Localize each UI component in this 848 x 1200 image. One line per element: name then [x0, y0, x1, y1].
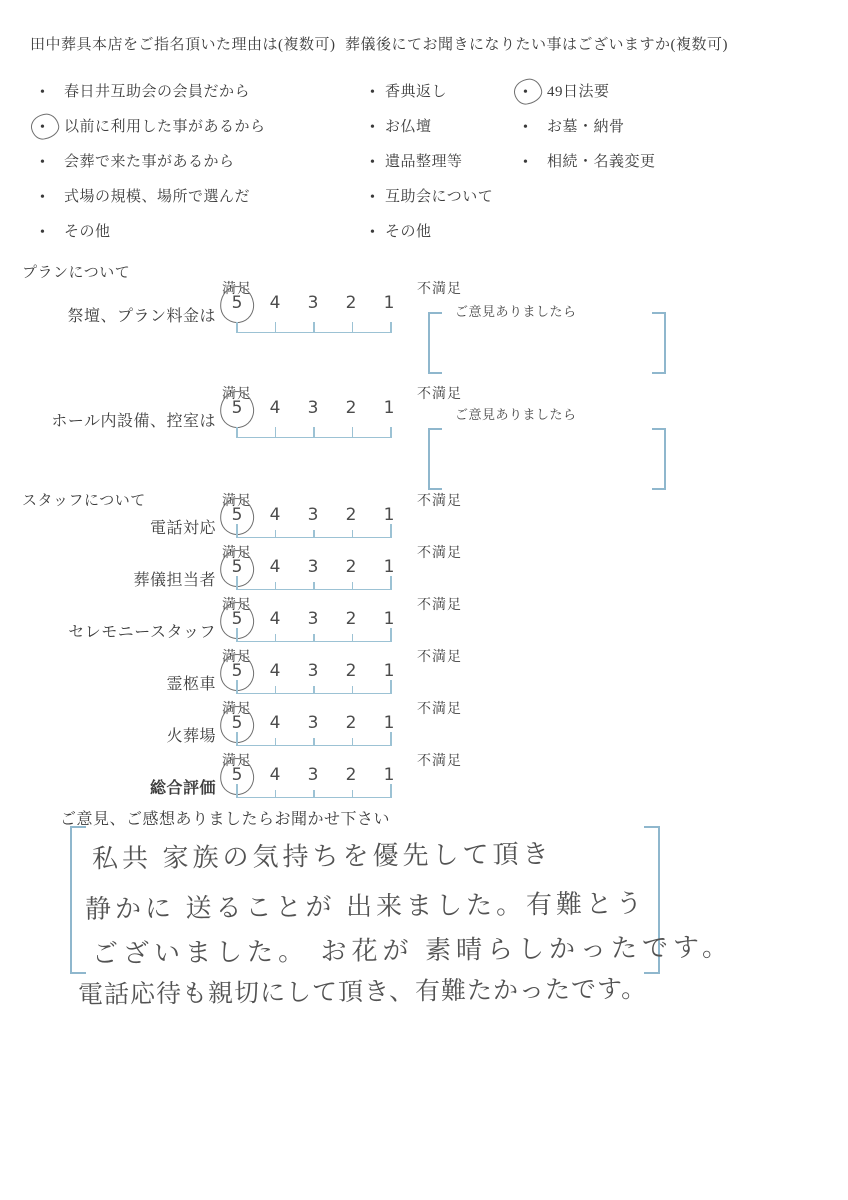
option-label: その他	[64, 223, 111, 241]
scale-ruler	[236, 679, 390, 694]
list-item: • その他	[40, 223, 350, 258]
rating-3: 3	[294, 661, 332, 681]
list-item: • 以前に利用した事があるから	[40, 118, 350, 153]
comment-bracket	[428, 312, 666, 374]
dissatisfied-label: 不満足	[417, 594, 462, 614]
list-item: • お仏壇	[370, 118, 530, 153]
scale-tick	[236, 322, 238, 333]
selected-rating-5: 5	[218, 557, 256, 577]
after-funeral-option-list-1: • 香典返し • お仏壇 • 遺品整理等 • 互助会について • その他	[370, 83, 530, 258]
scale-tick	[390, 628, 392, 642]
rating-1: 1	[370, 293, 408, 313]
option-label: 遺品整理等	[385, 153, 463, 171]
rating-4: 4	[256, 505, 294, 525]
comment-hint-label: ご意見ありましたら	[455, 404, 577, 423]
option-label: 香典返し	[385, 83, 447, 101]
scale-ruler	[236, 314, 390, 333]
bullet-icon: •	[370, 119, 375, 137]
scale-tick	[313, 686, 315, 694]
staff-section-title: スタッフについて	[22, 489, 146, 510]
after-funeral-option-list-2: • 49日法要 • お墓・納骨 • 相続・名義変更	[523, 83, 723, 188]
rating-2: 2	[332, 661, 370, 681]
scale-ruler	[236, 783, 390, 798]
option-label: お墓・納骨	[547, 118, 625, 136]
scale-tick	[352, 322, 354, 333]
rating-3: 3	[294, 765, 332, 785]
rating-scale: 54321	[218, 293, 408, 313]
dissatisfied-label: 不満足	[417, 646, 462, 666]
scale-tick	[275, 634, 277, 642]
option-label: 以前に利用した事があるから	[64, 118, 266, 136]
scale-ruler	[236, 731, 390, 746]
rating-scale: 54321	[218, 713, 408, 733]
scale-tick	[390, 680, 392, 694]
rating-2: 2	[332, 505, 370, 525]
list-item: • 式場の規模、場所で選んだ	[40, 188, 350, 223]
scale-tick	[275, 790, 277, 798]
scale-tick	[236, 427, 238, 438]
dissatisfied-label: 不満足	[417, 490, 462, 510]
option-label: 互助会について	[385, 188, 493, 206]
rating-1: 1	[370, 713, 408, 733]
scale-tick	[390, 427, 392, 438]
rating-row-label: 葬儀担当者	[133, 567, 216, 590]
scale-tick	[236, 680, 238, 694]
rating-2: 2	[332, 398, 370, 418]
list-item: • その他	[370, 223, 530, 258]
option-label: 式場の規模、場所で選んだ	[64, 188, 250, 206]
survey-scan-page: 田中葬具本店をご指名頂いた理由は(複数可) 葬儀後にてお聞きになりたい事はござい…	[0, 0, 848, 1200]
option-label: その他	[385, 223, 432, 241]
rating-3: 3	[294, 609, 332, 629]
rating-row-label: ホール内設備、控室は	[51, 408, 216, 431]
reasons-option-list: • 春日井互助会の会員だから • 以前に利用した事があるから • 会葬で来た事が…	[40, 83, 350, 258]
option-label: 春日井互助会の会員だから	[64, 83, 250, 101]
scale-tick	[390, 322, 392, 333]
rating-scale: 54321	[218, 398, 408, 418]
rating-1: 1	[370, 557, 408, 577]
list-item: • お墓・納骨	[523, 118, 723, 153]
rating-scale: 54321	[218, 765, 408, 785]
scale-tick	[390, 576, 392, 590]
handwritten-comment-line: 静かに 送ることが 出来ました。有難とう	[85, 883, 646, 926]
list-item: • 相続・名義変更	[523, 153, 723, 188]
dissatisfied-label: 不満足	[417, 750, 462, 770]
list-item: • 互助会について	[370, 188, 530, 223]
selected-rating-5: 5	[218, 293, 256, 313]
rating-1: 1	[370, 765, 408, 785]
rating-4: 4	[256, 765, 294, 785]
scale-tick	[275, 738, 277, 746]
rating-1: 1	[370, 609, 408, 629]
rating-row-label: 総合評価	[150, 775, 216, 798]
scale-ruler	[236, 419, 390, 438]
scale-tick	[236, 784, 238, 798]
scale-tick	[236, 576, 238, 590]
rating-4: 4	[256, 661, 294, 681]
list-item: • 会葬で来た事があるから	[40, 153, 350, 188]
scale-tick	[313, 790, 315, 798]
dissatisfied-label: 不満足	[417, 278, 462, 298]
dissatisfied-label: 不満足	[417, 698, 462, 718]
selected-rating-5: 5	[218, 398, 256, 418]
selected-rating-5: 5	[218, 609, 256, 629]
scale-ruler	[236, 627, 390, 642]
option-label: お仏壇	[385, 118, 432, 136]
rating-1: 1	[370, 505, 408, 525]
rating-1: 1	[370, 661, 408, 681]
scale-tick	[352, 634, 354, 642]
rating-1: 1	[370, 398, 408, 418]
scale-tick	[390, 524, 392, 538]
question-reasons-title: 田中葬具本店をご指名頂いた理由は(複数可)	[30, 33, 336, 54]
rating-4: 4	[256, 557, 294, 577]
rating-3: 3	[294, 505, 332, 525]
list-item: • 春日井互助会の会員だから	[40, 83, 350, 118]
bullet-icon: •	[370, 189, 375, 207]
scale-tick	[390, 784, 392, 798]
question-after-funeral-title: 葬儀後にてお聞きになりたい事はございますか(複数可)	[345, 33, 728, 54]
rating-2: 2	[332, 609, 370, 629]
scale-tick	[313, 738, 315, 746]
scale-tick	[236, 524, 238, 538]
circled-bullet-icon: •	[40, 119, 45, 137]
scale-tick	[352, 582, 354, 590]
scale-tick	[313, 530, 315, 538]
list-item: • 49日法要	[523, 83, 723, 118]
bullet-icon: •	[40, 84, 45, 102]
scale-tick	[275, 582, 277, 590]
scale-tick	[352, 530, 354, 538]
scale-tick	[236, 732, 238, 746]
scale-tick	[313, 427, 315, 438]
scale-tick	[275, 322, 277, 333]
bullet-icon: •	[370, 154, 375, 172]
scale-tick	[390, 732, 392, 746]
scale-tick	[275, 686, 277, 694]
scale-tick	[275, 427, 277, 438]
rating-scale: 54321	[218, 505, 408, 525]
circled-bullet-icon: •	[523, 84, 528, 102]
selected-rating-5: 5	[218, 661, 256, 681]
rating-2: 2	[332, 557, 370, 577]
handwritten-comment-line: ございました。 お花が 素晴らしかったです。	[92, 927, 733, 971]
rating-4: 4	[256, 609, 294, 629]
dissatisfied-label: 不満足	[417, 383, 462, 403]
rating-3: 3	[294, 398, 332, 418]
rating-2: 2	[332, 713, 370, 733]
list-item: • 遺品整理等	[370, 153, 530, 188]
bullet-icon: •	[40, 224, 45, 242]
plan-section-title: プランについて	[22, 261, 130, 282]
scale-tick	[236, 628, 238, 642]
rating-scale: 54321	[218, 661, 408, 681]
rating-scale: 54321	[218, 557, 408, 577]
rating-3: 3	[294, 713, 332, 733]
bullet-icon: •	[523, 154, 528, 172]
handwritten-comment-line: 電話応待も親切にして頂き、有難たかったです。	[78, 969, 647, 1011]
rating-3: 3	[294, 557, 332, 577]
rating-scale: 54321	[218, 609, 408, 629]
scale-ruler	[236, 523, 390, 538]
rating-row-label: セレモニースタッフ	[68, 619, 216, 642]
rating-row-label: 霊柩車	[166, 671, 216, 694]
scale-tick	[352, 738, 354, 746]
list-item: • 香典返し	[370, 83, 530, 118]
scale-tick	[352, 427, 354, 438]
scale-tick	[313, 634, 315, 642]
scale-tick	[352, 686, 354, 694]
rating-4: 4	[256, 398, 294, 418]
rating-row-label: 電話対応	[150, 515, 216, 538]
option-label: 相続・名義変更	[547, 153, 656, 171]
rating-2: 2	[332, 765, 370, 785]
scale-tick	[313, 582, 315, 590]
rating-4: 4	[256, 293, 294, 313]
bullet-icon: •	[40, 189, 45, 207]
bullet-icon: •	[370, 224, 375, 242]
rating-2: 2	[332, 293, 370, 313]
selected-rating-5: 5	[218, 505, 256, 525]
option-label: 会葬で来た事があるから	[64, 153, 235, 171]
option-label: 49日法要	[547, 83, 610, 101]
dissatisfied-label: 不満足	[417, 542, 462, 562]
bullet-icon: •	[523, 119, 528, 137]
rating-4: 4	[256, 713, 294, 733]
scale-tick	[275, 530, 277, 538]
bullet-icon: •	[370, 84, 375, 102]
rating-row-label: 火葬場	[166, 723, 216, 746]
scale-tick	[352, 790, 354, 798]
rating-row-label: 祭壇、プラン料金は	[67, 303, 216, 326]
handwritten-comment-line: 私共 家族の気持ちを優先して頂き	[92, 834, 553, 876]
comment-bracket	[428, 428, 666, 490]
scale-ruler	[236, 575, 390, 590]
scale-tick	[313, 322, 315, 333]
bullet-icon: •	[40, 154, 45, 172]
selected-rating-5: 5	[218, 713, 256, 733]
selected-rating-5: 5	[218, 765, 256, 785]
rating-3: 3	[294, 293, 332, 313]
